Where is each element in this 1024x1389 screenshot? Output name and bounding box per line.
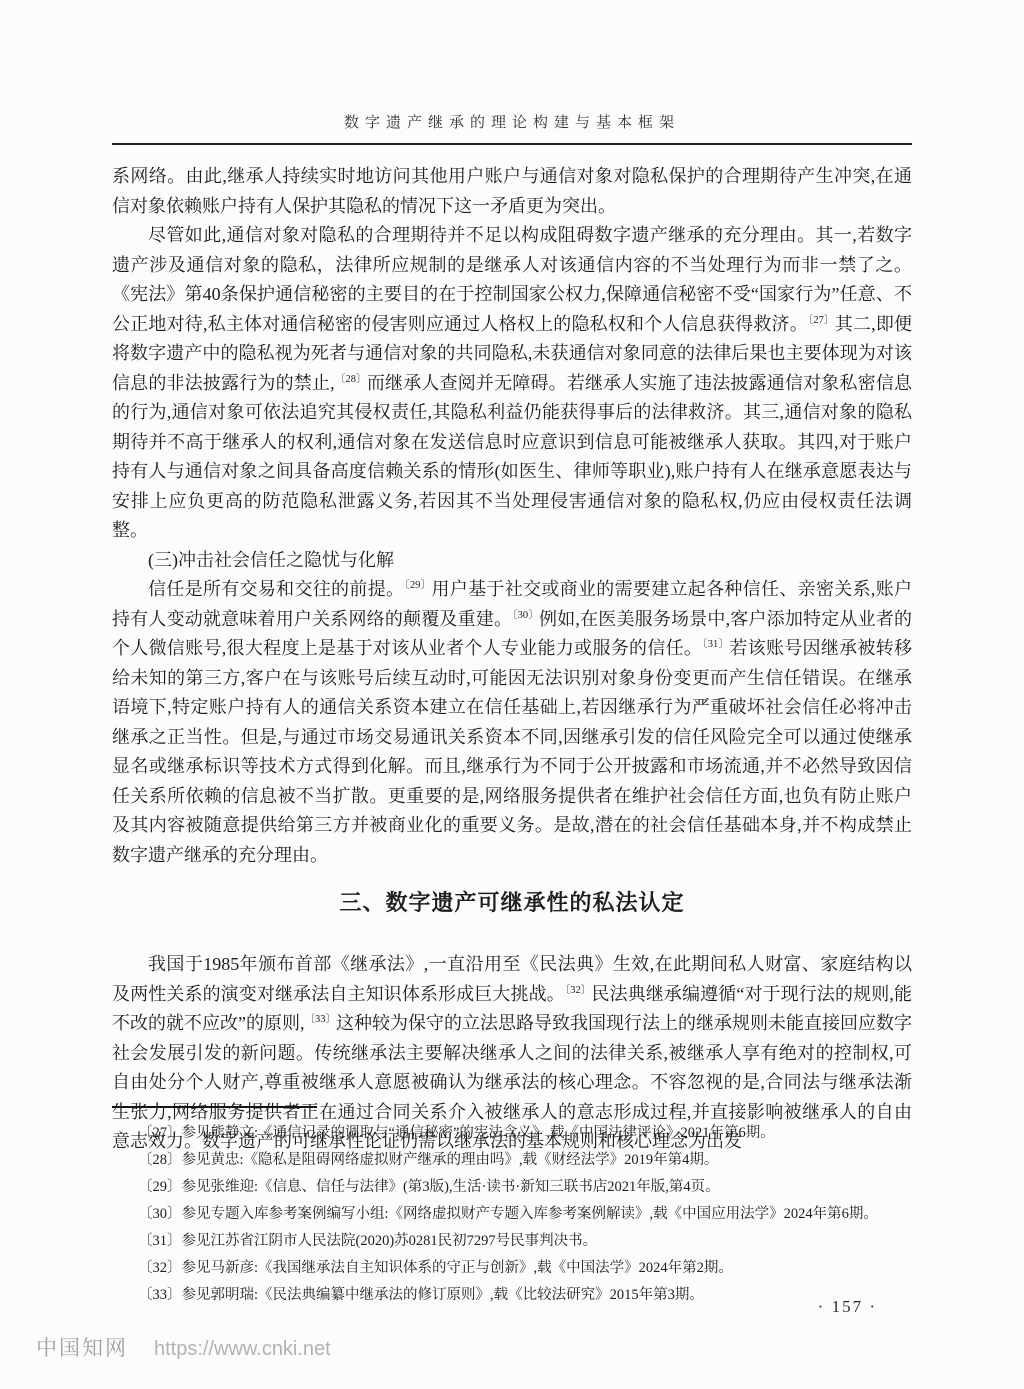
body-paragraph: 信任是所有交易和交往的前提。〔29〕用户基于社交或商业的需要建立起各种信任、亲密… (112, 575, 912, 870)
footnote-item: 〔31〕参见江苏省江阴市人民法院(2020)苏0281民初7297号民事判决书。 (112, 1228, 912, 1255)
body-paragraph: 系网络。由此,继承人持续实时地访问其他用户账户与通信对象对隐私保护的合理期待产生… (112, 162, 912, 221)
footnote-marker: 〔29〕 (404, 580, 431, 591)
footnotes-block: 〔27〕参见熊静文:《通信记录的调取与“通信秘密”的宪法含义》,载《中国法律评论… (112, 1106, 912, 1309)
running-title: 数字遗产继承的理论构建与基本框架 (112, 112, 912, 134)
footnote-marker: 〔31〕 (702, 639, 729, 650)
footnote-item: 〔28〕参见黄忠:《隐私是阻碍网络虚拟财产继承的理由吗》,载《财经法学》2019… (112, 1147, 912, 1174)
paper-page: 数字遗产继承的理论构建与基本框架 系网络。由此,继承人持续实时地访问其他用户账户… (0, 0, 1024, 1389)
footnote-item: 〔33〕参见郭明瑞:《民法典编纂中继承法的修订原则》,载《比较法研究》2015年… (112, 1282, 912, 1309)
article-body: 系网络。由此,继承人持续实时地访问其他用户账户与通信对象对隐私保护的合理期待产生… (112, 162, 912, 1157)
footnote-marker: 〔27〕 (808, 315, 835, 326)
footnote-marker: 〔32〕 (565, 985, 592, 996)
cnki-site-name: 中国知网 (36, 1332, 128, 1362)
sub-heading: (三)冲击社会信任之隐忧与化解 (112, 546, 912, 576)
page-content: 数字遗产继承的理论构建与基本框架 系网络。由此,继承人持续实时地访问其他用户账户… (112, 112, 912, 1157)
footnote-item: 〔32〕参见马新彦:《我国继承法自主知识体系的守正与创新》,载《中国法学》202… (112, 1255, 912, 1282)
footnote-separator (112, 1106, 317, 1108)
footnote-item: 〔30〕参见专题入库参考案例编写小组:《网络虚拟财产专题入库参考案例解读》,载《… (112, 1201, 912, 1228)
footnote-marker: 〔28〕 (335, 374, 367, 385)
footnote-item: 〔29〕参见张维迎:《信息、信任与法律》(第3版),生活·读书·新知三联书店20… (112, 1174, 912, 1201)
body-paragraph: 尽管如此,通信对象对隐私的合理期待并不足以构成阻碍数字遗产继承的充分理由。其一,… (112, 221, 912, 546)
header-rule (112, 143, 912, 145)
cnki-watermark: 中国知网 https://www.cnki.net (36, 1332, 331, 1362)
footnote-item: 〔27〕参见熊静文:《通信记录的调取与“通信秘密”的宪法含义》,载《中国法律评论… (112, 1120, 912, 1147)
footnote-marker: 〔33〕 (305, 1014, 337, 1025)
cnki-url: https://www.cnki.net (154, 1338, 331, 1361)
footnotes-list: 〔27〕参见熊静文:《通信记录的调取与“通信秘密”的宪法含义》,载《中国法律评论… (112, 1120, 912, 1309)
footnote-marker: 〔30〕 (512, 610, 539, 621)
page-number: · 157 · (818, 1297, 877, 1317)
section-heading: 三、数字遗产可继承性的私法认定 (112, 886, 912, 920)
